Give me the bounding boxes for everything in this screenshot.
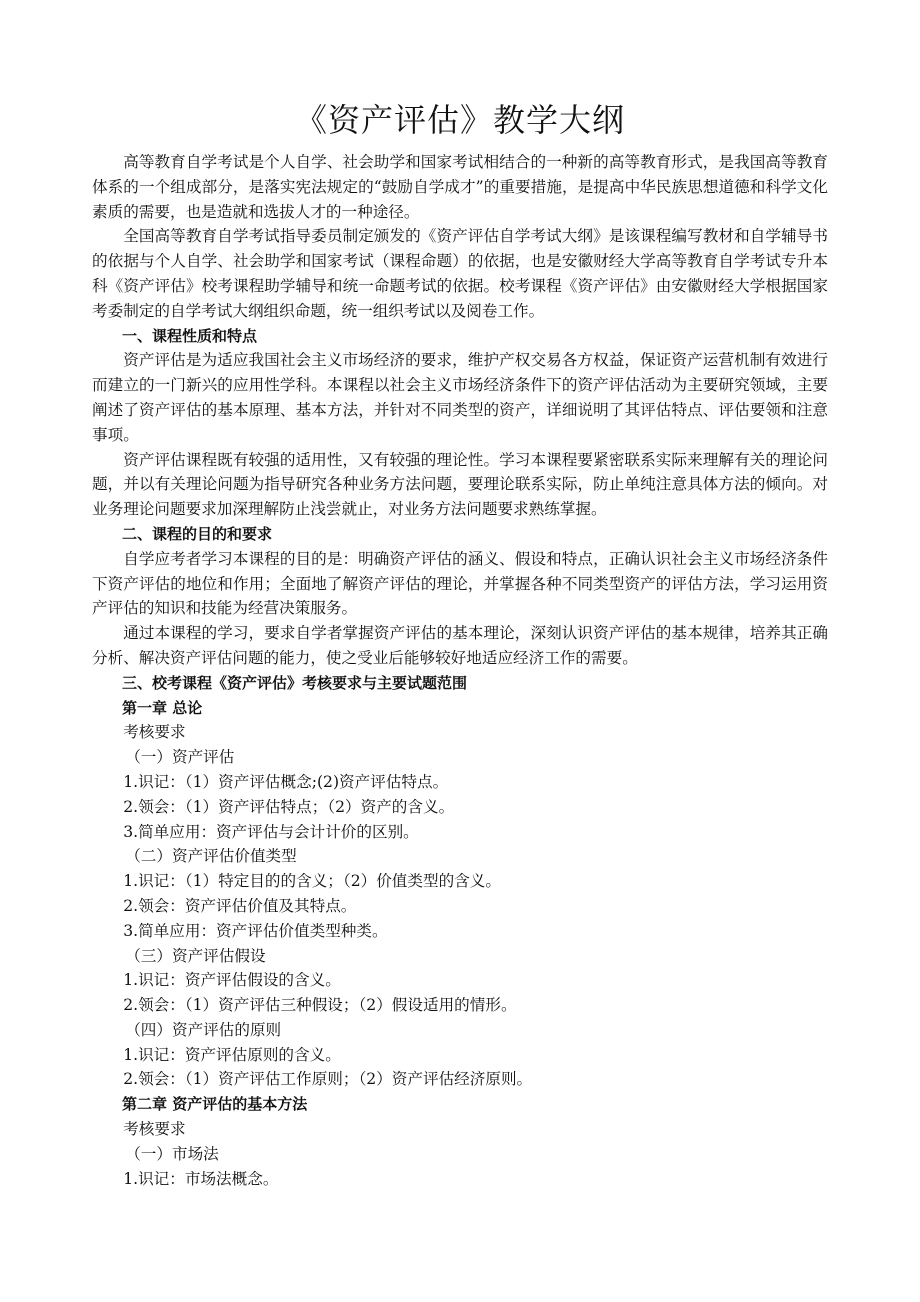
ch1-group-3-item-1: 1.识记：资产评估假设的含义。 xyxy=(92,968,828,993)
ch1-group-1-title: （一）资产评估 xyxy=(92,745,828,770)
section-1-heading: 一、课程性质和特点 xyxy=(92,324,828,349)
ch1-group-3-title: （三）资产评估假设 xyxy=(92,944,828,969)
ch1-group-2-item-1: 1.识记：（1）特定目的的含义；（2）价值类型的含义。 xyxy=(92,869,828,894)
intro-paragraph-2: 全国高等教育自学考试指导委员制定颁发的《资产评估自学考试大纲》是该课程编写教材和… xyxy=(92,224,828,323)
chapter-2-heading: 第二章 资产评估的基本方法 xyxy=(92,1092,828,1117)
document-page: 《资产评估》教学大纲 高等教育自学考试是个人自学、社会助学和国家考试相结合的一种… xyxy=(92,96,828,1191)
chapter-1-heading: 第一章 总论 xyxy=(92,696,828,721)
ch1-group-4-item-2: 2.领会：（1）资产评估工作原则；（2）资产评估经济原则。 xyxy=(92,1067,828,1092)
ch1-group-1-item-1: 1.识记：（1）资产评估概念;(2)资产评估特点。 xyxy=(92,770,828,795)
ch1-group-1-item-3: 3.简单应用：资产评估与会计计价的区别。 xyxy=(92,820,828,845)
ch1-group-4-item-1: 1.识记：资产评估原则的含义。 xyxy=(92,1043,828,1068)
section-3-heading: 三、校考课程《资产评估》考核要求与主要试题范围 xyxy=(92,671,828,696)
chapter-2-requirements-label: 考核要求 xyxy=(92,1117,828,1142)
ch1-group-2-item-3: 3.简单应用：资产评估价值类型种类。 xyxy=(92,919,828,944)
section-2-heading: 二、课程的目的和要求 xyxy=(92,522,828,547)
section-1-paragraph-2: 资产评估课程既有较强的适用性，又有较强的理论性。学习本课程要紧密联系实际来理解有… xyxy=(92,448,828,522)
ch1-group-1-item-2: 2.领会：（1）资产评估特点；（2）资产的含义。 xyxy=(92,795,828,820)
intro-paragraph-1: 高等教育自学考试是个人自学、社会助学和国家考试相结合的一种新的高等教育形式，是我… xyxy=(92,150,828,224)
chapter-1-requirements-label: 考核要求 xyxy=(92,720,828,745)
ch1-group-2-title: （二）资产评估价值类型 xyxy=(92,844,828,869)
ch2-group-1-title: （一）市场法 xyxy=(92,1142,828,1167)
ch1-group-3-item-2: 2.领会：（1）资产评估三种假设；（2）假设适用的情形。 xyxy=(92,993,828,1018)
document-title: 《资产评估》教学大纲 xyxy=(92,96,828,144)
ch1-group-4-title: （四）资产评估的原则 xyxy=(92,1018,828,1043)
section-1-paragraph-1: 资产评估是为适应我国社会主义市场经济的要求，维护产权交易各方权益，保证资产运营机… xyxy=(92,348,828,447)
ch2-group-1-item-1: 1.识记：市场法概念。 xyxy=(92,1167,828,1192)
section-2-paragraph-2: 通过本课程的学习，要求自学者掌握资产评估的基本理论，深刻认识资产评估的基本规律，… xyxy=(92,621,828,671)
section-2-paragraph-1: 自学应考者学习本课程的目的是：明确资产评估的涵义、假设和特点，正确认识社会主义市… xyxy=(92,547,828,621)
ch1-group-2-item-2: 2.领会：资产评估价值及其特点。 xyxy=(92,894,828,919)
